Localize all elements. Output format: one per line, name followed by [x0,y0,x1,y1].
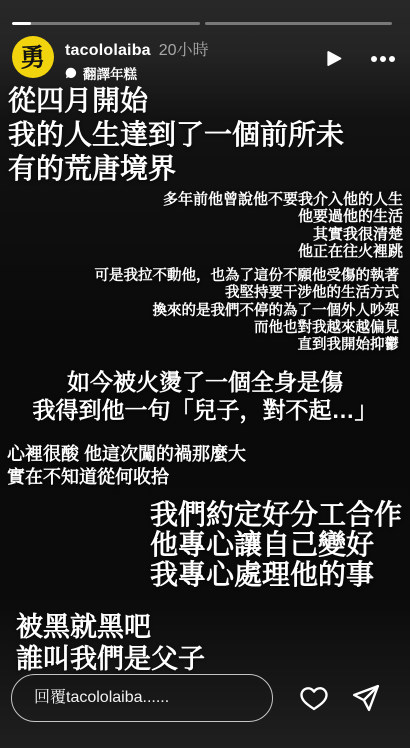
story-text-paragraph-2: 多年前他曾說他不要我介入他的人生 他要過他的生活 其實我很清楚 他正在往火裡跳 [0,191,403,260]
story-viewer: 勇 tacololaiba 20小時 翻譯年糕 [0,0,410,748]
header-actions [323,36,396,69]
story-text-paragraph-5: 心裡很酸 他這次闖的禍那麼大 實在不知道從何收拾 [7,443,246,489]
share-button[interactable] [351,683,381,713]
three-dots-icon [370,55,396,63]
story-progress-bar [12,22,392,25]
play-icon [323,48,344,69]
story-text-paragraph-6: 我們約定好分工合作 他專心讓自己變好 我專心處理他的事 [150,500,402,590]
story-text-paragraph-3: 可是我拉不動他，也為了這份不願他受傷的執著 我堅持要干涉他的生活方式 換來的是我… [0,268,399,354]
translate-label: 翻譯年糕 [83,63,137,83]
like-button[interactable] [299,683,329,713]
play-button[interactable] [323,48,344,69]
name-row: tacololaiba 20小時 [65,37,209,60]
progress-segment-current [12,22,200,25]
header-text: tacololaiba 20小時 翻譯年糕 [65,36,209,83]
speech-bubble-icon [65,67,77,79]
story-text-paragraph-4: 如今被火燙了一個全身是傷 我得到他一句「兒子，對不起…」 [0,368,410,424]
avatar-character: 勇 [20,44,46,70]
avatar[interactable]: 勇 [12,36,54,78]
username[interactable]: tacololaiba [65,42,151,60]
footer-icons [299,683,381,713]
more-options-button[interactable] [370,55,396,63]
story-text-paragraph-7: 被黑就黑吧 誰叫我們是父子 [16,611,205,675]
progress-segment-next [205,22,393,25]
story-timestamp: 20小時 [159,37,209,60]
paper-plane-icon [351,683,381,713]
reply-input[interactable] [11,674,273,722]
translate-button[interactable]: 翻譯年糕 [65,63,209,83]
story-text-paragraph-1: 從四月開始 我的人生達到了一個前所未 有的荒唐境界 [8,84,344,186]
story-header: 勇 tacololaiba 20小時 翻譯年糕 [12,36,396,83]
progress-current-fill [12,22,31,25]
story-footer [11,674,400,722]
heart-icon [299,683,329,713]
